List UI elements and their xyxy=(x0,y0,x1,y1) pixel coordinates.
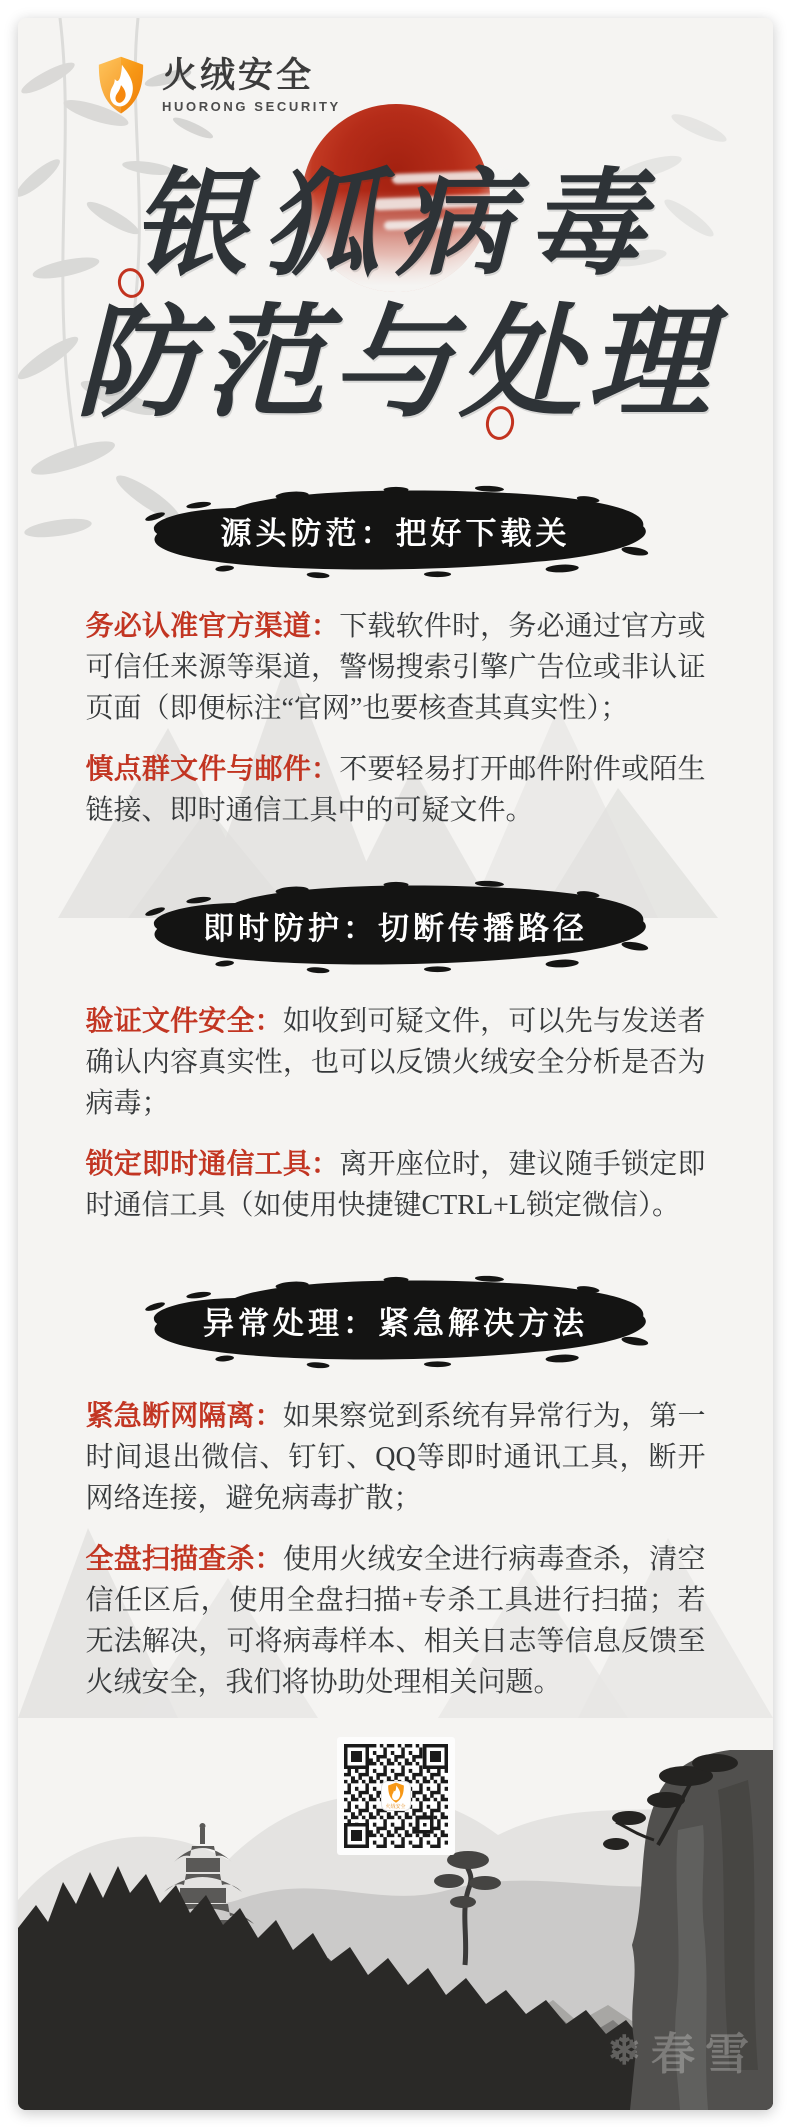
banner-label: 异常处理：紧急解决方法 xyxy=(126,1274,666,1370)
paragraph: 全盘扫描查杀：使用火绒安全进行病毒查杀，清空信任区后，使用全盘扫描+专杀工具进行… xyxy=(86,1539,706,1703)
hero-title-block: 银狐病毒 防范与处理 xyxy=(18,118,773,436)
snowflake-icon: ❄ xyxy=(607,2027,641,2074)
huorong-shield-icon xyxy=(94,55,148,117)
paragraph: 慎点群文件与邮件：不要轻易打开邮件附件或陌生链接、即时通信工具中的可疑文件。 xyxy=(86,749,706,831)
poster-page: 火绒安全 HUORONG SECURITY 银狐病毒 防范与处理 xyxy=(0,0,791,2128)
paragraph: 锁定即时通信工具：离开座位时，建议随手锁定即时通信工具（如使用快捷键CTRL+L… xyxy=(86,1144,706,1226)
banner-label: 源头防范：把好下载关 xyxy=(126,484,666,580)
brand-logo: 火绒安全 HUORONG SECURITY xyxy=(94,54,773,118)
paragraph-lead: 务必认准官方渠道： xyxy=(86,611,340,642)
page-title-line2: 防范与处理 xyxy=(18,294,773,436)
paragraph-lead: 验证文件安全： xyxy=(86,1006,283,1037)
huorong-shield-icon xyxy=(344,1782,448,1804)
paragraph-lead: 锁定即时通信工具： xyxy=(86,1149,340,1180)
banner-label: 即时防护：切断传播路径 xyxy=(126,879,666,975)
paragraph: 验证文件安全：如收到可疑文件，可以先与发送者确认内容真实性，也可以反馈火绒安全分… xyxy=(86,1001,706,1124)
watermark-text: 春雪 xyxy=(651,2018,759,2082)
section-banner-3: 异常处理：紧急解决方法 xyxy=(126,1274,666,1370)
paragraph-lead: 全盘扫描查杀： xyxy=(86,1544,283,1575)
paragraph: 务必认准官方渠道：下载软件时，务必通过官方或可信任来源等渠道，警惕搜索引擎广告位… xyxy=(86,606,706,729)
qr-code: 火绒安全 xyxy=(337,1737,455,1855)
poster: 火绒安全 HUORONG SECURITY 银狐病毒 防范与处理 xyxy=(18,18,773,2110)
paragraph-lead: 紧急断网隔离： xyxy=(86,1401,283,1432)
section-banner-1: 源头防范：把好下载关 xyxy=(126,484,666,580)
brand-subtitle: HUORONG SECURITY xyxy=(162,99,341,114)
section-banner-2: 即时防护：切断传播路径 xyxy=(126,879,666,975)
paragraph: 紧急断网隔离：如果察觉到系统有异常行为，第一时间退出微信、钉钉、QQ等即时通讯工… xyxy=(86,1396,706,1519)
qr-center-logo: 火绒安全 xyxy=(381,1781,411,1811)
qr-logo-label: 火绒安全 xyxy=(385,1805,405,1810)
paragraph-lead: 慎点群文件与邮件： xyxy=(86,754,340,785)
watermark: ❄ 春雪 xyxy=(607,2018,759,2082)
brand-name: 火绒安全 xyxy=(162,58,341,95)
